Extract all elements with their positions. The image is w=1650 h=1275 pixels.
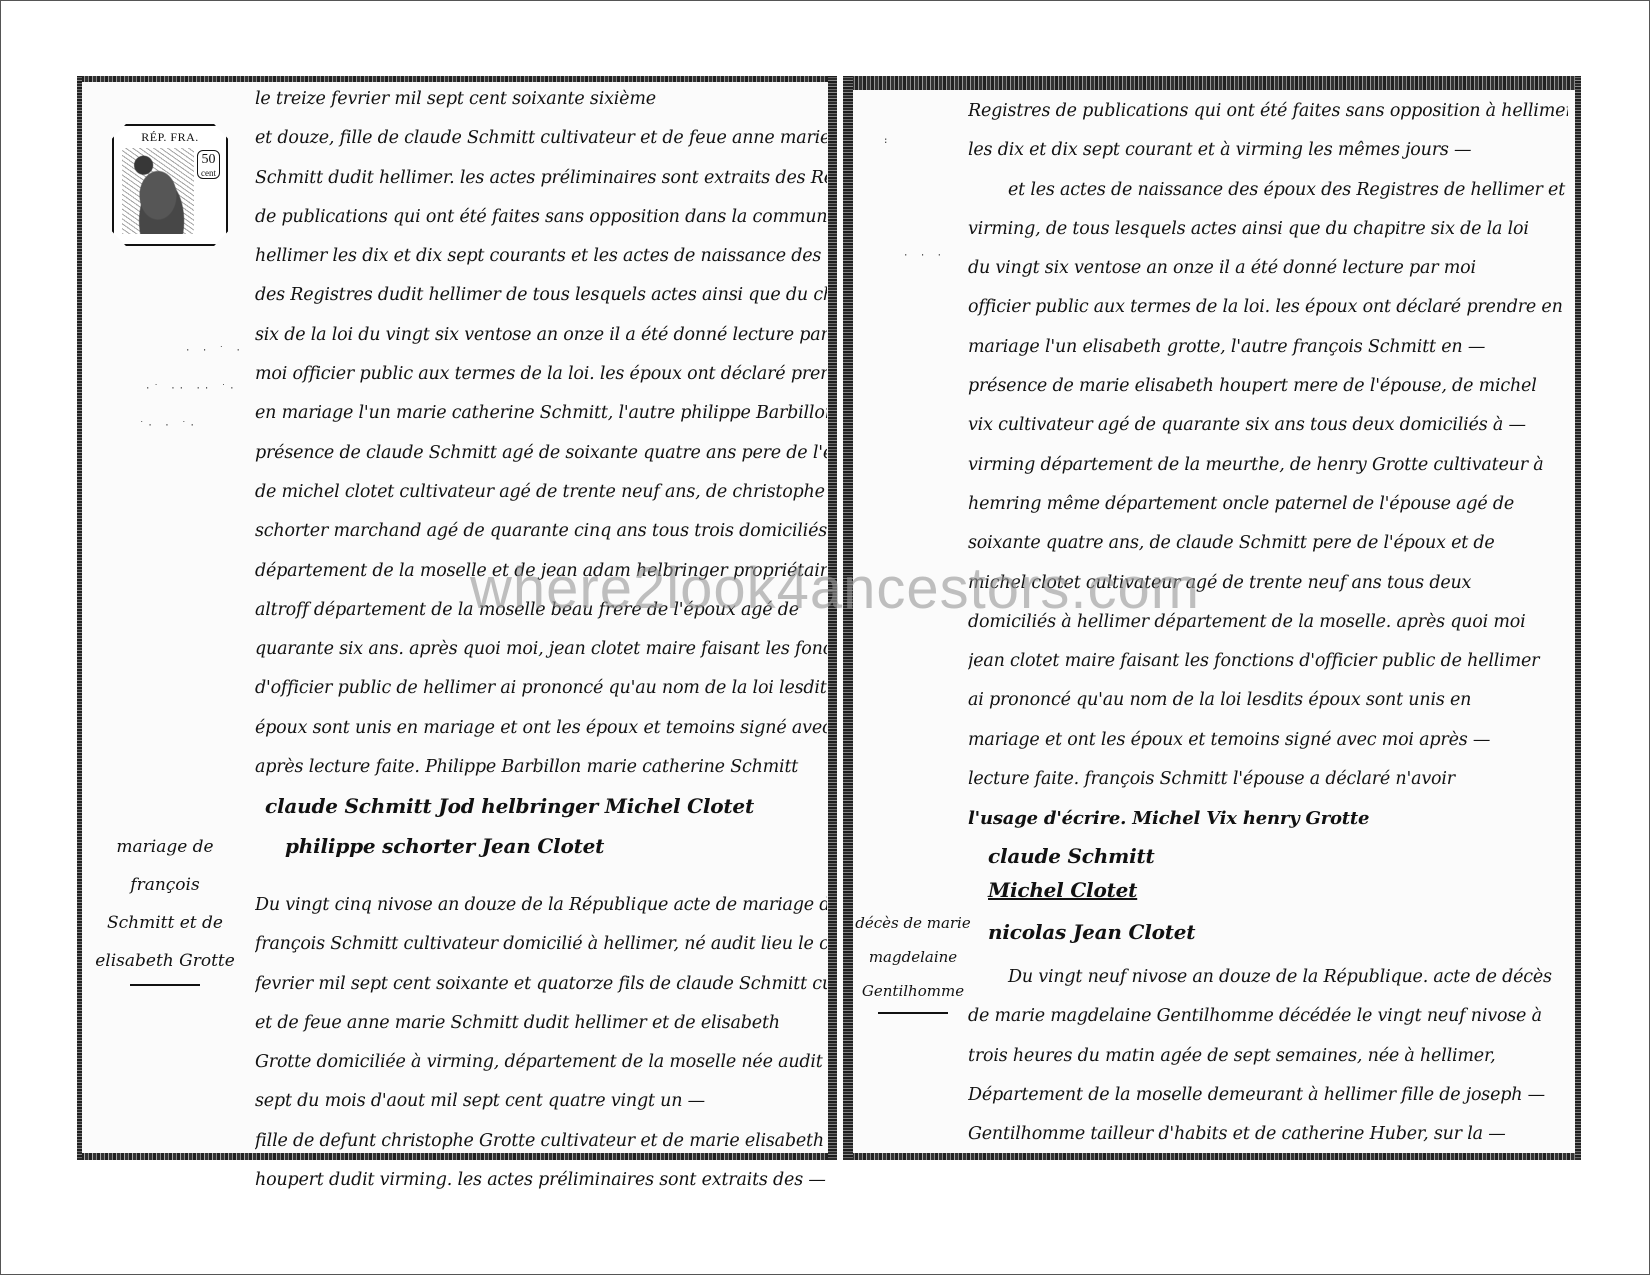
handwritten-line: de publications qui ont été faites sans … <box>255 198 827 237</box>
handwritten-line: et douze, fille de claude Schmitt cultiv… <box>255 119 827 158</box>
left-register-page: RÉP. FRA. 50 cent · · ˙ · ·˙ ·· ·· ˙· ˙·… <box>77 76 837 1160</box>
marriage-act-barbillon-schmitt: le treize fevrier mil sept cent soixante… <box>255 80 827 1200</box>
handwritten-line: fevrier mil sept cent soixante et quator… <box>255 965 827 1004</box>
margin-underline <box>878 1012 948 1014</box>
handwritten-line: virming, de tous lesquels actes ainsi qu… <box>968 210 1568 249</box>
marriage-act-schmitt-grotte-continued: Registres de publications qui ont été fa… <box>968 92 1568 1154</box>
handwritten-line: de michel clotet cultivateur agé de tren… <box>255 473 827 512</box>
handwritten-line: mariage l'un elisabeth grotte, l'autre f… <box>968 328 1568 367</box>
handwritten-line: département de la moselle et de jean ada… <box>255 552 827 591</box>
handwritten-line: les dix et dix sept courant et à virming… <box>968 131 1568 170</box>
handwritten-line: en mariage l'un marie catherine Schmitt,… <box>255 394 827 433</box>
margin-note-deces-gentilhomme: décès de marie magdelaine Gentilhomme <box>853 906 973 1014</box>
handwritten-line: présence de marie elisabeth houpert mere… <box>968 367 1568 406</box>
stamp-value: 50 cent <box>197 150 220 179</box>
handwritten-line: soixante quatre ans, de claude Schmitt p… <box>968 524 1568 563</box>
signature-line: claude Schmitt <box>968 839 1568 873</box>
handwritten-line: hellimer les dix et dix sept courants et… <box>255 237 827 276</box>
margin-note-schmitt-grotte: mariage de françois Schmitt et de elisab… <box>85 828 245 986</box>
signature-line: l'usage d'écrire. Michel Vix henry Grott… <box>968 799 1568 838</box>
allegorical-figure-icon <box>122 148 194 234</box>
signature-line: philippe schorter Jean Clotet <box>255 827 827 866</box>
handwritten-line: virming département de la meurthe, de he… <box>968 446 1568 485</box>
right-register-page: : · · · Registres de publications qui on… <box>843 76 1581 1160</box>
handwritten-line: moi officier public aux termes de la loi… <box>255 355 827 394</box>
handwritten-line: hemring même département oncle paternel … <box>968 485 1568 524</box>
handwritten-line: trois heures du matin agée de sept semai… <box>968 1037 1568 1076</box>
signature-line: Michel Clotet <box>968 873 1568 913</box>
handwritten-line: officier public aux termes de la loi. le… <box>968 288 1568 327</box>
handwritten-line: quarante six ans. après quoi moi, jean c… <box>255 630 827 669</box>
handwritten-line: Département de la moselle demeurant à he… <box>968 1076 1568 1115</box>
handwritten-line: Schmitt dudit hellimer. les actes prélim… <box>255 159 827 198</box>
handwritten-line: présence de claude Schmitt agé de soixan… <box>255 434 827 473</box>
handwritten-line: vix cultivateur agé de quarante six ans … <box>968 406 1568 445</box>
handwritten-line: le treize fevrier mil sept cent soixante… <box>255 80 827 119</box>
handwritten-line: du vingt six ventose an onze il a été do… <box>968 249 1568 288</box>
signature-line: claude Schmitt Jod helbringer Michel Clo… <box>255 787 827 826</box>
handwritten-line: ai prononcé qu'au nom de la loi lesdits … <box>968 681 1568 720</box>
handwritten-line: fille de defunt christophe Grotte cultiv… <box>255 1122 827 1161</box>
ink-specks: ˙· · ˙· <box>139 421 198 431</box>
handwritten-line: Grotte domiciliée à virming, département… <box>255 1043 827 1082</box>
handwritten-line: Registres de publications qui ont été fa… <box>968 92 1568 131</box>
handwritten-line: domiciliés à hellimer département de la … <box>968 603 1568 642</box>
handwritten-line: et de feue anne marie Schmitt dudit hell… <box>255 1004 827 1043</box>
signature-line: nicolas Jean Clotet <box>968 913 1568 952</box>
handwritten-line: et les actes de naissance des époux des … <box>968 171 1568 210</box>
signature-line: lecture faite. françois Schmitt l'épouse… <box>968 760 1568 799</box>
handwritten-line: françois Schmitt cultivateur domicilié à… <box>255 925 827 964</box>
handwritten-line: des Registres dudit hellimer de tous les… <box>255 276 827 315</box>
margin-underline <box>130 984 200 986</box>
handwritten-line: Gentilhomme tailleur d'habits et de cath… <box>968 1115 1568 1154</box>
ink-specks: : <box>883 136 891 146</box>
handwritten-line: Du vingt neuf nivose an douze de la Répu… <box>968 958 1568 997</box>
ink-specks: · · ˙ · <box>185 346 244 356</box>
handwritten-line: six de la loi du vingt six ventose an on… <box>255 316 827 355</box>
handwritten-line: Du vingt cinq nivose an douze de la Répu… <box>255 886 827 925</box>
signature-line: après lecture faite. Philippe Barbillon … <box>255 748 827 787</box>
ink-specks: · · · <box>903 251 945 261</box>
handwritten-line: altroff département de la moselle beau f… <box>255 591 827 630</box>
revenue-stamp: RÉP. FRA. 50 cent <box>112 124 228 246</box>
handwritten-line: époux sont unis en mariage et ont les ép… <box>255 709 827 748</box>
handwritten-line: houpert dudit virming. les actes prélimi… <box>255 1161 827 1200</box>
stamp-title: RÉP. FRA. <box>114 130 226 145</box>
handwritten-line: jean clotet maire faisant les fonctions … <box>968 642 1568 681</box>
handwritten-line: michel clotet cultivateur agé de trente … <box>968 564 1568 603</box>
handwritten-line: sept du mois d'aout mil sept cent quatre… <box>255 1082 827 1121</box>
handwritten-line: mariage et ont les époux et temoins sign… <box>968 721 1568 760</box>
handwritten-line: de marie magdelaine Gentilhomme décédée … <box>968 997 1568 1036</box>
handwritten-line: d'officier public de hellimer ai prononc… <box>255 669 827 708</box>
handwritten-line: schorter marchand agé de quarante cinq a… <box>255 512 827 551</box>
ink-specks: ·˙ ·· ·· ˙· <box>145 384 238 394</box>
